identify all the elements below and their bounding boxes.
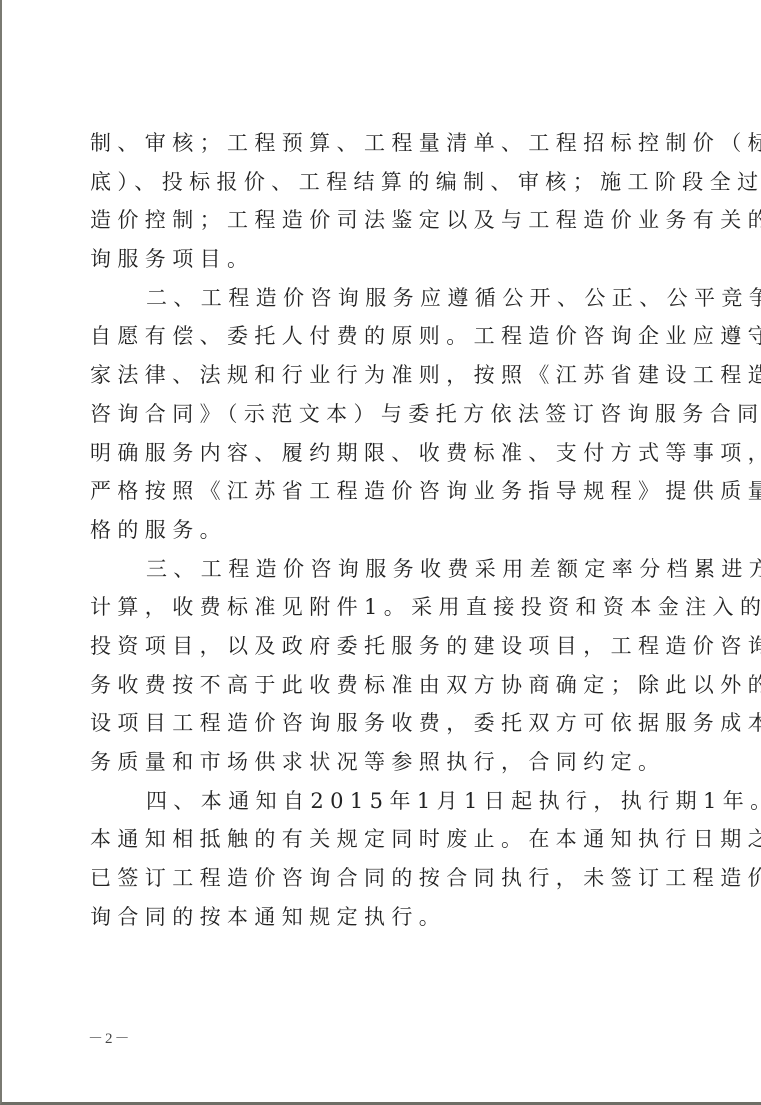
- paragraph-section-3: 三、工程造价咨询服务收费采用差额定率分档累进方法 计算，收费标准见附件1。采用直…: [90, 550, 670, 782]
- text-line: 格的服务。: [90, 511, 670, 550]
- text-line: 投资项目，以及政府委托服务的建设项目，工程造价咨询服: [90, 627, 670, 666]
- text-line: 三、工程造价咨询服务收费采用差额定率分档累进方法: [90, 550, 670, 589]
- document-body: 制、审核；工程预算、工程量清单、工程招标控制价（标 底）、投标报价、工程结算的编…: [90, 124, 670, 936]
- text-line: 计算，收费标准见附件1。采用直接投资和资本金注入的政府: [90, 588, 670, 627]
- text-line: 自愿有偿、委托人付费的原则。工程造价咨询企业应遵守国: [90, 317, 670, 356]
- paragraph-section-2: 二、工程造价咨询服务应遵循公开、公正、公平竞争、 自愿有偿、委托人付费的原则。工…: [90, 279, 670, 550]
- text-line: 务收费按不高于此收费标准由双方协商确定；除此以外的建: [90, 666, 670, 705]
- text-line: 询服务项目。: [90, 240, 670, 279]
- text-line: 本通知相抵触的有关规定同时废止。在本通知执行日期之前: [90, 820, 670, 859]
- document-page: 制、审核；工程预算、工程量清单、工程招标控制价（标 底）、投标报价、工程结算的编…: [0, 0, 761, 1105]
- text-line: 家法律、法规和行业行为准则，按照《江苏省建设工程造价: [90, 356, 670, 395]
- text-line: 咨询合同》（示范文本）与委托方依法签订咨询服务合同，: [90, 395, 670, 434]
- text-line: 底）、投标报价、工程结算的编制、审核；施工阶段全过程: [90, 163, 670, 202]
- paragraph-section-4: 四、本通知自2015年1月1日起执行，执行期1年。以前与 本通知相抵触的有关规定…: [90, 782, 670, 937]
- text-line: 四、本通知自2015年1月1日起执行，执行期1年。以前与: [90, 782, 670, 821]
- text-line: 已签订工程造价咨询合同的按合同执行，未签订工程造价咨: [90, 859, 670, 898]
- paragraph-continued: 制、审核；工程预算、工程量清单、工程招标控制价（标 底）、投标报价、工程结算的编…: [90, 124, 670, 279]
- text-line: 造价控制；工程造价司法鉴定以及与工程造价业务有关的咨: [90, 201, 670, 240]
- page-number: －2－: [88, 1027, 132, 1048]
- text-line: 严格按照《江苏省工程造价咨询业务指导规程》提供质量合: [90, 472, 670, 511]
- text-line: 明确服务内容、履约期限、收费标准、支付方式等事项，并: [90, 434, 670, 473]
- text-line: 制、审核；工程预算、工程量清单、工程招标控制价（标: [90, 124, 670, 163]
- text-line: 设项目工程造价咨询服务收费，委托双方可依据服务成本、服: [90, 704, 670, 743]
- text-line: 二、工程造价咨询服务应遵循公开、公正、公平竞争、: [90, 279, 670, 318]
- text-line: 务质量和市场供求状况等参照执行，合同约定。: [90, 743, 670, 782]
- text-line: 询合同的按本通知规定执行。: [90, 898, 670, 937]
